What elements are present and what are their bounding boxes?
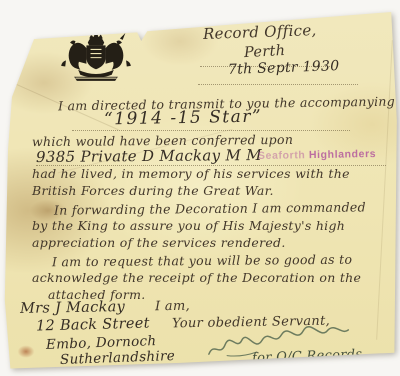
letterhead-office: Record Office, (203, 21, 317, 43)
stamp-word: Highlanders (309, 148, 376, 161)
closing-for-records: for O/C Records. (252, 347, 367, 366)
closing-i-am: I am, (155, 299, 190, 315)
letterhead-date: 7th Septr 1930 (228, 58, 340, 78)
body-line: acknowledge the receipt of the Decoratio… (32, 270, 361, 285)
body-line: I am to request that you will be so good… (52, 252, 352, 270)
ruled-dotted-line (72, 130, 350, 131)
medal-name: “1914 -15 Star” (104, 107, 262, 130)
body-line: British Forces during the Great War. (32, 183, 274, 198)
royal-coat-of-arms-icon (55, 30, 137, 88)
body-line: In forwarding the Decoration I am comman… (54, 199, 366, 217)
aged-paper: Record Office, Perth 7th Septr 1930 I am… (0, 0, 400, 376)
address-name: Mrs J Mackay (20, 299, 125, 317)
paper-shadow: Record Office, Perth 7th Septr 1930 I am… (0, 0, 400, 376)
recipient-line: 9385 Private D Mackay M M (36, 146, 262, 166)
paper-crease (376, 40, 397, 340)
address-street: 12 Back Street (36, 316, 150, 335)
body-line: appreciation of the services rendered. (32, 235, 286, 250)
address-county: Sutherlandshire (60, 348, 176, 368)
body-line: by the King to assure you of His Majesty… (32, 218, 345, 233)
stamp-word: Seaforth (258, 149, 306, 162)
body-line: had he lived, in memory of his services … (32, 166, 350, 181)
scanned-letter: Record Office, Perth 7th Septr 1930 I am… (0, 0, 400, 376)
letterhead-place: Perth (244, 43, 286, 61)
regiment-stamp: Seaforth Highlanders (258, 148, 376, 162)
ruled-dotted-line (198, 84, 358, 85)
